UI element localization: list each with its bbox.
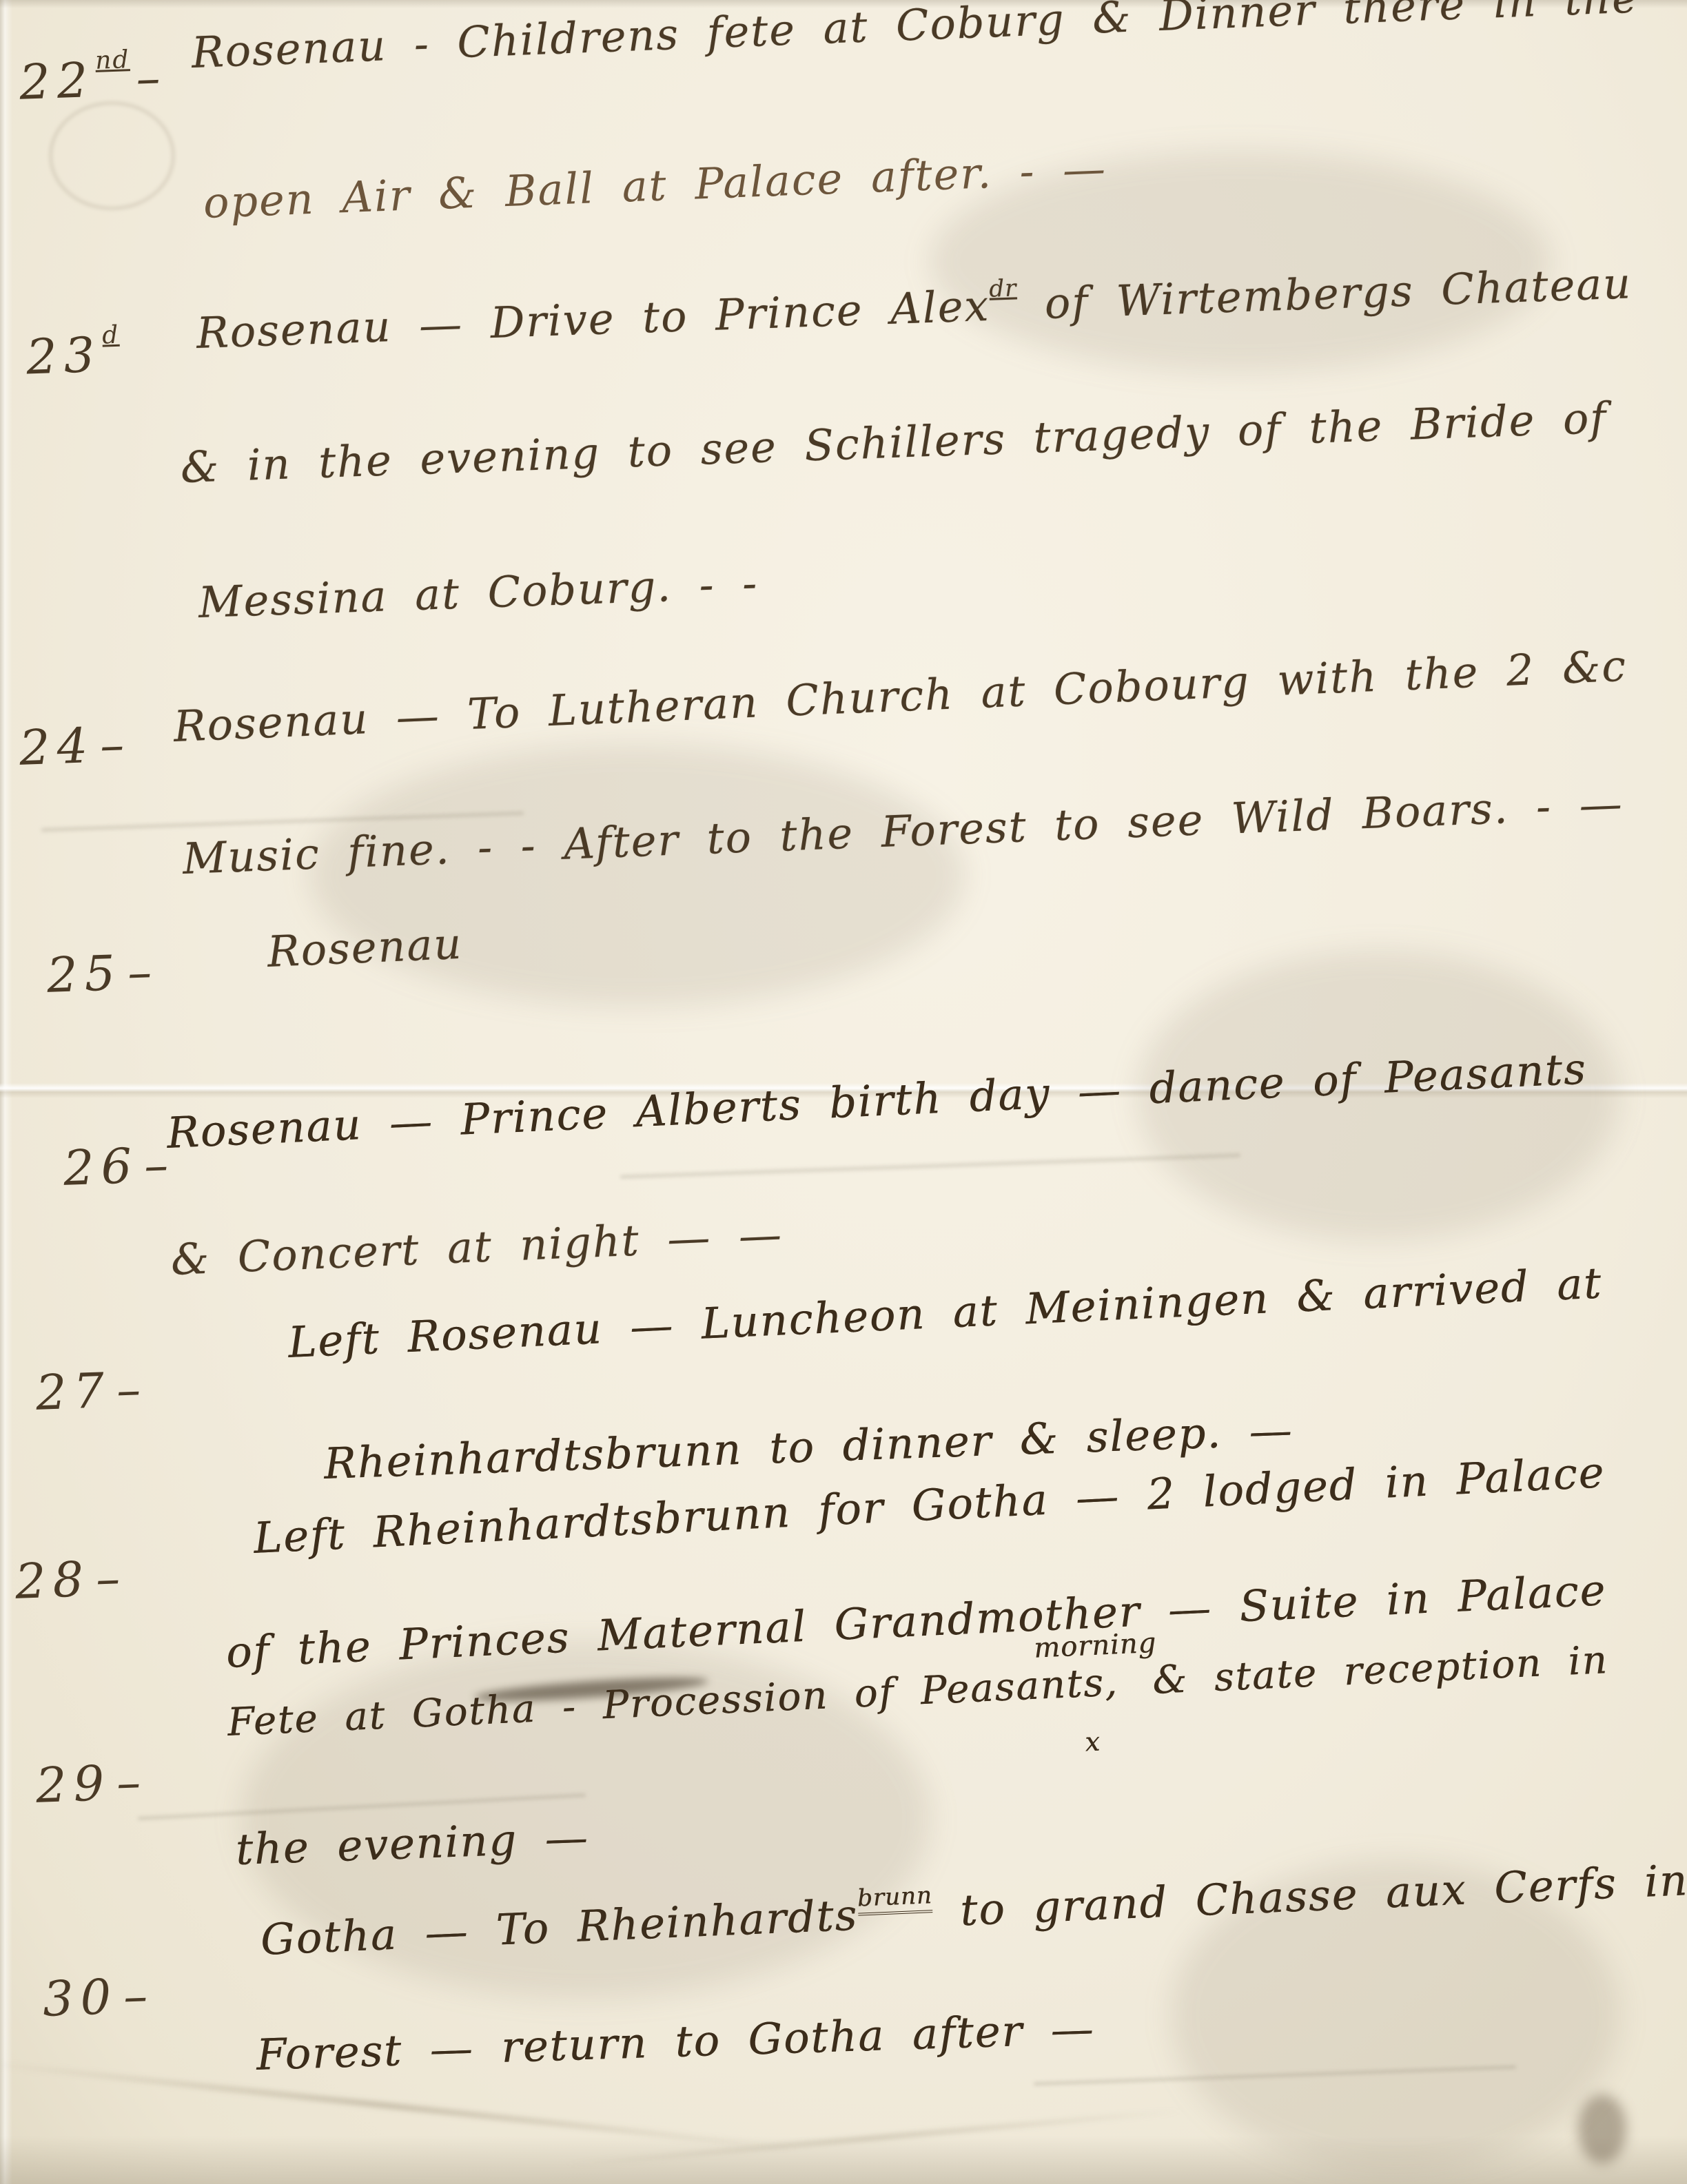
embossed-stamp-mark <box>50 102 174 209</box>
day-ordinal-suffix: d <box>102 321 120 350</box>
day-number: 22 <box>19 52 96 111</box>
date-dash: – <box>123 1967 156 2025</box>
day-number: 24 <box>19 717 96 776</box>
line-text: & state reception in <box>1125 1638 1609 1704</box>
superscript-abbreviation: brunn <box>857 1882 933 1916</box>
ink-spot <box>1578 2094 1626 2163</box>
day-number: 27 <box>35 1362 112 1421</box>
day-number: 23 <box>25 327 103 386</box>
entry-25-date: 25– <box>46 943 160 1004</box>
date-dash: – <box>116 1753 149 1811</box>
entry-25-line-1: Rosenau <box>266 918 463 977</box>
superscript-abbreviation: dr <box>989 274 1017 302</box>
entry-28-date: 28– <box>14 1549 128 1610</box>
date-dash <box>125 326 127 382</box>
day-number: 29 <box>35 1755 112 1814</box>
inserted-word: morning <box>1033 1627 1157 1665</box>
entry-24-date: 24– <box>19 716 132 776</box>
date-dash: – <box>95 1549 128 1607</box>
entry-27-line-1: Left Rosenau — Luncheon at Meiningen & a… <box>287 1257 1603 1368</box>
entry-29-date: 29– <box>35 1753 149 1814</box>
entry-26-date: 26– <box>63 1136 176 1197</box>
entry-23-date: 23d <box>25 321 126 386</box>
entry-22-line-1: Rosenau - Childrens fete at Coburg & Din… <box>191 0 1639 78</box>
day-number: 28 <box>14 1551 92 1610</box>
interlinear-insertion: morningx <box>1118 1695 1127 1696</box>
day-ordinal-suffix: nd <box>95 45 131 75</box>
entry-27-date: 27– <box>35 1361 149 1421</box>
entry-26-line-2: & Concert at night — — <box>170 1209 784 1285</box>
date-dash: – <box>135 49 168 107</box>
entry-23-line-2: & in the evening to see Schillers traged… <box>180 393 1608 493</box>
entry-24-line-1: Rosenau — To Lutheran Church at Cobourg … <box>172 641 1628 752</box>
show-through <box>620 1153 1240 1178</box>
day-number: 30 <box>42 1968 119 2028</box>
diary-page: 22nd– Rosenau - Childrens fete at Coburg… <box>0 0 1687 2184</box>
line-text: Rosenau — Drive to Prince Alex <box>196 280 991 358</box>
date-dash: – <box>127 943 160 1001</box>
date-dash: – <box>99 716 132 774</box>
entry-30-date: 30– <box>42 1967 156 2028</box>
day-number: 26 <box>63 1137 140 1197</box>
insertion-caret: x <box>1084 1727 1101 1758</box>
day-number: 25 <box>46 945 123 1004</box>
date-dash: – <box>116 1361 149 1419</box>
entry-23-line-3: Messina at Coburg. - - <box>198 558 759 628</box>
entry-22-date: 22nd– <box>19 44 168 110</box>
entry-30-line-2: Forest — return to Gotha after — <box>256 2003 1096 2080</box>
